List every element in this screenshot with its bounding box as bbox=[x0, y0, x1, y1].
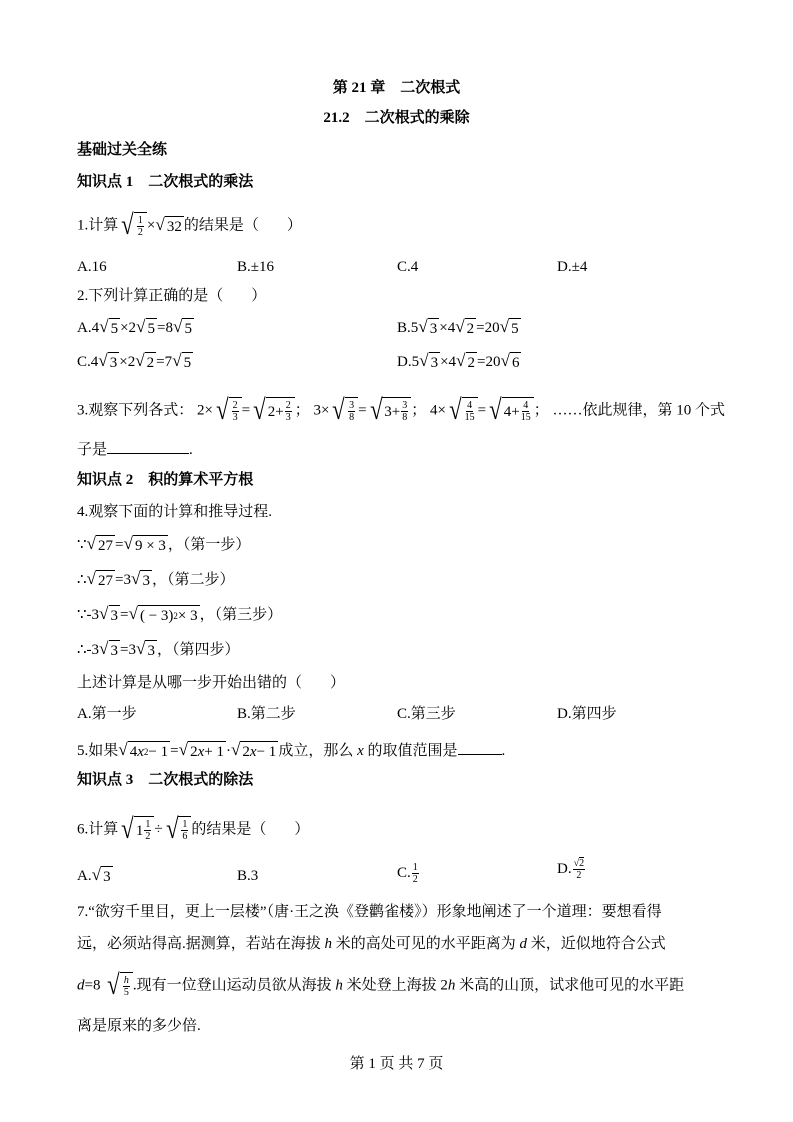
question-7-line-4: 离是原来的多少倍. bbox=[77, 1016, 201, 1036]
question-6: 6.计算√112÷√16的结果是（） bbox=[77, 816, 309, 845]
question-1: 1.计算√12×√32的结果是（） bbox=[77, 212, 302, 241]
q6-option-c[interactable]: C.12 bbox=[397, 862, 420, 885]
sqrt: √12 bbox=[118, 212, 147, 241]
answer-blank[interactable] bbox=[107, 439, 189, 454]
q1-option-a[interactable]: A.16 bbox=[77, 257, 107, 277]
q1-option-b[interactable]: B.±16 bbox=[237, 257, 274, 277]
q4-step-2: ∴√27=3√3，（第二步） bbox=[77, 570, 234, 591]
practice-title: 基础过关全练 bbox=[77, 140, 167, 160]
q4-option-a[interactable]: A.第一步 bbox=[77, 704, 137, 724]
question-7-line-2: 远，必须站得高.据测算，若站在海拔 h 米的高处可见的水平距离为 d 米，近似地… bbox=[77, 934, 666, 954]
knowledge-point-3: 知识点 3 二次根式的除法 bbox=[77, 770, 253, 790]
q6-option-b[interactable]: B.3 bbox=[237, 866, 258, 886]
q4-question: 上述计算是从哪一步开始出错的（） bbox=[77, 673, 345, 693]
question-5: 5.如果√4x2 − 1=√2x + 1·√2x − 1成立，那么 x 的取值范… bbox=[77, 740, 505, 762]
q4-option-b[interactable]: B.第二步 bbox=[237, 704, 296, 724]
q1-option-d[interactable]: D.±4 bbox=[557, 257, 587, 277]
question-4: 4.观察下面的计算和推导过程. bbox=[77, 502, 272, 522]
page-number: 第 1 页 共 7 页 bbox=[0, 1054, 793, 1074]
answer-blank[interactable] bbox=[458, 740, 502, 755]
q4-option-c[interactable]: C.第三步 bbox=[397, 704, 456, 724]
chapter-title: 第 21 章 二次根式 bbox=[0, 78, 793, 98]
q4-option-d[interactable]: D.第四步 bbox=[557, 704, 617, 724]
knowledge-point-1: 知识点 1 二次根式的乘法 bbox=[77, 172, 253, 192]
q2-option-c[interactable]: C.4√3×2√2=7√5 bbox=[77, 352, 193, 373]
q4-step-3: ∵-3√3=√( − 3)2 × 3，（第三步） bbox=[77, 605, 282, 626]
question-3-line-2: 子是. bbox=[77, 439, 193, 460]
question-3: 3.观察下列各式： 2×√23=√2 + 23； 3×√38=√3 + 38； … bbox=[77, 397, 725, 426]
section-title: 21.2 二次根式的乘除 bbox=[0, 108, 793, 128]
q2-option-b[interactable]: B.5√3×4√2=20√5 bbox=[397, 318, 521, 339]
q1-option-c[interactable]: C.4 bbox=[397, 257, 418, 277]
question-7-line-3: d=8 √h5.现有一位登山运动员欲从海拔 h 米处登上海拔 2h 米高的山顶，… bbox=[77, 972, 684, 1001]
question-7-line-1: 7.“欲穷千里目，更上一层楼”（唐·王之涣《登鹳雀楼》）形象地阐述了一个道理：要… bbox=[77, 902, 662, 922]
q2-option-a[interactable]: A.4√5×2√5=8√5 bbox=[77, 318, 194, 339]
q2-option-d[interactable]: D.5√3×4√2=20√6 bbox=[397, 352, 521, 373]
question-2: 2.下列计算正确的是（） bbox=[77, 286, 266, 306]
q4-step-1: ∵√27=√9 × 3，（第一步） bbox=[77, 535, 250, 556]
knowledge-point-2: 知识点 2 积的算术平方根 bbox=[77, 470, 253, 490]
q6-option-d[interactable]: D.√22 bbox=[557, 858, 586, 881]
q4-step-4: ∴-3√3=3√3，（第四步） bbox=[77, 640, 239, 661]
q6-option-a[interactable]: A.√3 bbox=[77, 866, 113, 887]
sqrt: √32 bbox=[155, 216, 183, 237]
